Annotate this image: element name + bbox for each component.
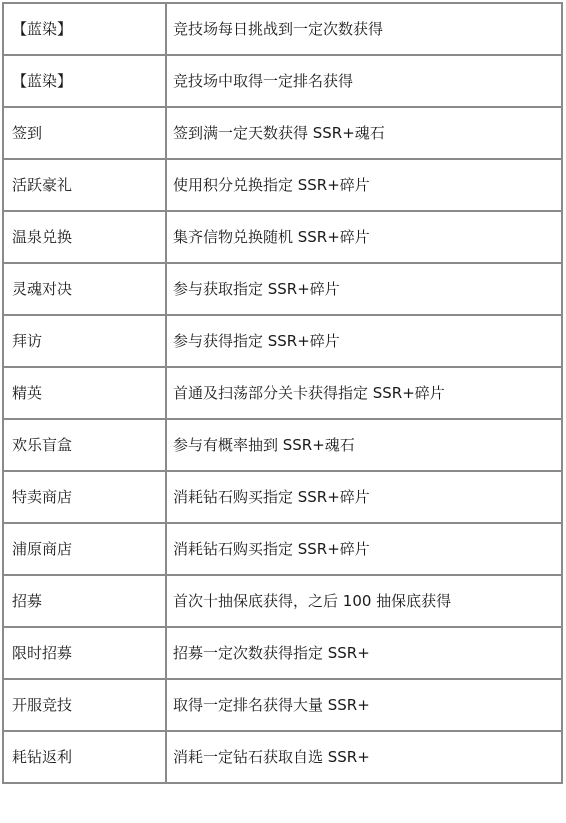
description-cell: 消耗一定钻石获取自选 SSR+ xyxy=(166,731,562,783)
source-cell: 【蓝染】 xyxy=(3,55,166,107)
description-cell: 签到满一定天数获得 SSR+魂石 xyxy=(166,107,562,159)
source-cell: 灵魂对决 xyxy=(3,263,166,315)
table-row: 拜访 参与获得指定 SSR+碎片 xyxy=(3,315,562,367)
source-cell: 欢乐盲盒 xyxy=(3,419,166,471)
table-row: 浦原商店 消耗钻石购买指定 SSR+碎片 xyxy=(3,523,562,575)
source-cell: 【蓝染】 xyxy=(3,3,166,55)
table-row: 招募 首次十抽保底获得，之后 100 抽保底获得 xyxy=(3,575,562,627)
description-cell: 竞技场每日挑战到一定次数获得 xyxy=(166,3,562,55)
description-cell: 首次十抽保底获得，之后 100 抽保底获得 xyxy=(166,575,562,627)
description-cell: 取得一定排名获得大量 SSR+ xyxy=(166,679,562,731)
source-cell: 限时招募 xyxy=(3,627,166,679)
source-cell: 特卖商店 xyxy=(3,471,166,523)
table-row: 灵魂对决 参与获取指定 SSR+碎片 xyxy=(3,263,562,315)
acquisition-table: 【蓝染】 竞技场每日挑战到一定次数获得 【蓝染】 竞技场中取得一定排名获得 签到… xyxy=(2,2,563,784)
description-cell: 使用积分兑换指定 SSR+碎片 xyxy=(166,159,562,211)
source-cell: 精英 xyxy=(3,367,166,419)
description-cell: 消耗钻石购买指定 SSR+碎片 xyxy=(166,523,562,575)
description-cell: 参与有概率抽到 SSR+魂石 xyxy=(166,419,562,471)
description-cell: 首通及扫荡部分关卡获得指定 SSR+碎片 xyxy=(166,367,562,419)
source-cell: 浦原商店 xyxy=(3,523,166,575)
table-row: 限时招募 招募一定次数获得指定 SSR+ xyxy=(3,627,562,679)
description-cell: 消耗钻石购买指定 SSR+碎片 xyxy=(166,471,562,523)
table-row: 开服竞技 取得一定排名获得大量 SSR+ xyxy=(3,679,562,731)
table-row: 温泉兑换 集齐信物兑换随机 SSR+碎片 xyxy=(3,211,562,263)
source-cell: 拜访 xyxy=(3,315,166,367)
source-cell: 活跃豪礼 xyxy=(3,159,166,211)
source-cell: 温泉兑换 xyxy=(3,211,166,263)
table-row: 特卖商店 消耗钻石购买指定 SSR+碎片 xyxy=(3,471,562,523)
source-cell: 耗钻返利 xyxy=(3,731,166,783)
table-row: 欢乐盲盒 参与有概率抽到 SSR+魂石 xyxy=(3,419,562,471)
description-cell: 招募一定次数获得指定 SSR+ xyxy=(166,627,562,679)
description-cell: 参与获得指定 SSR+碎片 xyxy=(166,315,562,367)
description-cell: 参与获取指定 SSR+碎片 xyxy=(166,263,562,315)
source-cell: 招募 xyxy=(3,575,166,627)
table-row: 活跃豪礼 使用积分兑换指定 SSR+碎片 xyxy=(3,159,562,211)
table-row: 签到 签到满一定天数获得 SSR+魂石 xyxy=(3,107,562,159)
table-row: 【蓝染】 竞技场中取得一定排名获得 xyxy=(3,55,562,107)
source-cell: 签到 xyxy=(3,107,166,159)
description-cell: 集齐信物兑换随机 SSR+碎片 xyxy=(166,211,562,263)
table-row: 耗钻返利 消耗一定钻石获取自选 SSR+ xyxy=(3,731,562,783)
description-cell: 竞技场中取得一定排名获得 xyxy=(166,55,562,107)
table-row: 【蓝染】 竞技场每日挑战到一定次数获得 xyxy=(3,3,562,55)
table-row: 精英 首通及扫荡部分关卡获得指定 SSR+碎片 xyxy=(3,367,562,419)
source-cell: 开服竞技 xyxy=(3,679,166,731)
